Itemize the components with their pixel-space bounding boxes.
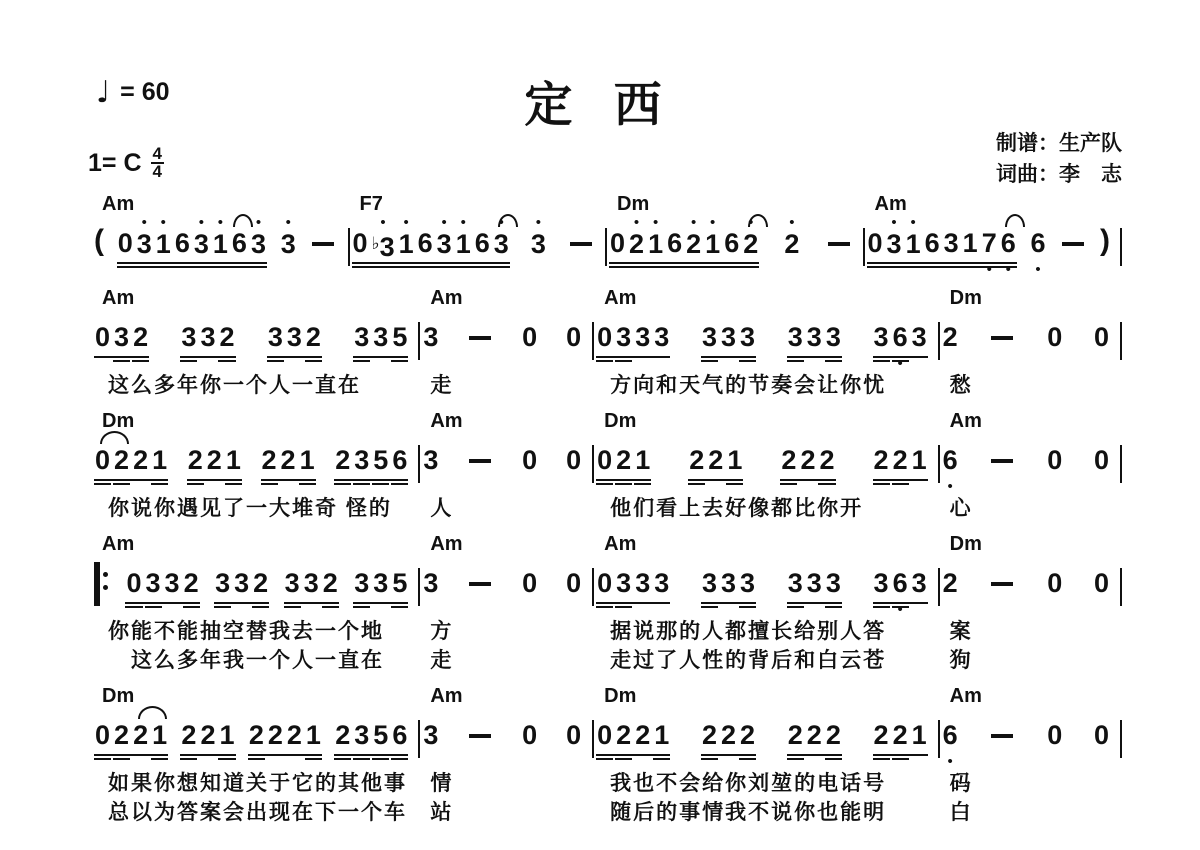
measure: Am300走 — [420, 286, 592, 400]
note-number: 2 — [702, 718, 717, 751]
beat-group: •3 — [530, 219, 547, 277]
note-number: 0 — [597, 566, 612, 599]
key-signature: 1= C 4 4 — [88, 146, 164, 180]
octave-dot-above: • — [710, 219, 715, 227]
beat-group: 332 — [284, 559, 339, 617]
note-number: 2 — [800, 443, 815, 476]
note: 6• — [1001, 219, 1016, 277]
note: 3 — [373, 559, 388, 617]
note-number: 2 — [635, 718, 650, 751]
note: 6 — [724, 219, 739, 277]
note: 2 — [253, 559, 268, 617]
beat-group: 222 — [787, 711, 842, 769]
note: 1 — [635, 436, 650, 494]
note-number: ♭3 — [372, 227, 395, 260]
beat-group — [466, 711, 494, 769]
note-number: 1 — [156, 227, 171, 260]
beat-group — [1059, 219, 1087, 277]
octave-dot-above: • — [789, 219, 794, 227]
note-number: 1 — [226, 443, 241, 476]
note-number: 2 — [133, 320, 148, 353]
note-number: 3 — [137, 227, 152, 260]
note: 2 — [826, 711, 841, 769]
beat-group: 6• — [942, 711, 959, 769]
note: •2 — [743, 219, 758, 277]
note-number: 2 — [262, 443, 277, 476]
note: 3 — [740, 559, 755, 617]
note-number: 3 — [215, 566, 230, 599]
sustain-dash — [826, 219, 852, 277]
lyric-line: 我也不会给你刘堃的电话号 — [594, 769, 938, 798]
note-number: 3 — [354, 718, 369, 751]
note: 2 — [874, 711, 889, 769]
octave-dot-above: • — [218, 219, 223, 227]
note: 1 — [654, 711, 669, 769]
note-number: 0 — [1047, 320, 1062, 353]
note: 1 — [912, 711, 927, 769]
note-number: 3 — [251, 227, 266, 260]
beat-group — [988, 559, 1016, 617]
note-number: 1 — [648, 227, 663, 260]
notes-row: 0•3•16317•6•6•) — [865, 219, 1121, 277]
note-number: 0 — [597, 443, 612, 476]
note-number: 2 — [721, 718, 736, 751]
beat-group: 333 — [701, 559, 756, 617]
note-number: 3 — [740, 320, 755, 353]
note-number: 2 — [874, 718, 889, 751]
notes-row: 0332332332335 — [92, 559, 418, 617]
note: 3 — [234, 559, 249, 617]
score-system: Am0332332332335你能不能抽空替我去一个地 这么多年我一个人一直在A… — [92, 532, 1122, 675]
notes-row: (0•3•16•3•16•3•3 — [92, 219, 348, 277]
beat-group — [825, 219, 853, 277]
note: 6 — [392, 436, 407, 494]
note-number: 3 — [654, 320, 669, 353]
time-signature: 4 4 — [151, 146, 164, 180]
chord-label: F7 — [350, 192, 606, 219]
beat-group: 332 — [214, 559, 269, 617]
measure: Am0•3•16317•6•6•) — [865, 192, 1121, 277]
note: 7• — [982, 219, 997, 277]
note-number: 2 — [200, 718, 215, 751]
note-number: 1 — [654, 718, 669, 751]
beat-group: •3 — [280, 219, 297, 277]
note-number: 5 — [392, 320, 407, 353]
note: 0 — [566, 559, 581, 617]
note-number: 1 — [963, 226, 978, 259]
note: 0 — [610, 219, 625, 277]
note: 0 — [566, 436, 581, 494]
octave-dot-above: • — [142, 219, 147, 227]
note: 0 — [126, 559, 141, 617]
note: 1 — [152, 711, 167, 769]
note: •3 — [194, 219, 209, 277]
note: 3 — [354, 436, 369, 494]
chord-label: Am — [420, 532, 592, 559]
note-number: 0 — [597, 718, 612, 751]
beat-group: 2356 — [334, 711, 408, 769]
note-number: 3 — [165, 566, 180, 599]
note-number: 3 — [874, 566, 889, 599]
beat-group: 221 — [180, 711, 235, 769]
octave-dot-below: • — [897, 599, 902, 617]
note-number: 2 — [184, 566, 199, 599]
note: 2 — [943, 313, 958, 371]
note-number: 1 — [456, 227, 471, 260]
note-number: 1 — [912, 443, 927, 476]
note-number: 3 — [373, 320, 388, 353]
beat-group: 6• — [1029, 219, 1046, 277]
note: 1 — [963, 219, 978, 277]
note-number: 2 — [743, 227, 758, 260]
beat-group: 2 — [942, 559, 959, 617]
beat-group — [567, 219, 595, 277]
sustain-dash — [467, 436, 493, 494]
score-header: ♩ = 60 定 西 制谱：生产队 词曲：李 志 1= C 4 4 — [0, 0, 1200, 192]
note-number: 0 — [868, 226, 883, 259]
chord-label: Am — [865, 192, 1121, 219]
note-number: 2 — [807, 718, 822, 751]
repeat-sign — [94, 559, 108, 617]
octave-dot-above: • — [161, 219, 166, 227]
beat-group — [309, 219, 337, 277]
note: 0 — [597, 436, 612, 494]
chord-label: Am — [940, 409, 1120, 436]
note-number: 2 — [114, 443, 129, 476]
sustain-dash — [310, 219, 336, 277]
note: 2 — [721, 711, 736, 769]
chord-label: Dm — [594, 684, 938, 711]
note-number: 0 — [1047, 443, 1062, 476]
measure: Am033333333336•3据说那的人都擅长给别人答走过了人性的背后和白云苍 — [594, 532, 938, 675]
close-paren: ) — [1100, 219, 1110, 277]
note-number: 1 — [912, 718, 927, 751]
composer-credit: 词曲：李 志 — [996, 159, 1122, 190]
note: 2 — [893, 436, 908, 494]
octave-dot-above: • — [891, 219, 896, 227]
lyric-line: 他们看上去好像都比你开 — [594, 494, 938, 523]
measure: Dm0•2•16•2•16•2•2 — [607, 192, 863, 277]
note: •3 — [531, 219, 546, 277]
notes-row: 022122122212356 — [92, 711, 418, 769]
beat-group: 0333 — [596, 313, 670, 371]
octave-dot-below: • — [1006, 259, 1011, 277]
notes-row: 02212212212356 — [92, 436, 418, 494]
note: 1 — [226, 436, 241, 494]
octave-dot-below: • — [987, 259, 992, 277]
notes-row: 200 — [940, 559, 1120, 617]
note-number: 0 — [597, 320, 612, 353]
note: •3 — [494, 219, 509, 277]
note: 0 — [1047, 711, 1062, 769]
note-number: 3 — [807, 566, 822, 599]
note-number: 0 — [610, 226, 625, 259]
barline — [1120, 445, 1122, 483]
chord-label: Am — [594, 532, 938, 559]
note: 2 — [616, 436, 631, 494]
beat-group: 222 — [701, 711, 756, 769]
note: 0 — [1094, 436, 1109, 494]
measure: Dm200案狗 — [940, 532, 1120, 675]
measure: Am(0•3•16•3•16•3•3 — [92, 192, 348, 277]
note-number: 2 — [819, 443, 834, 476]
note-number: 6 — [418, 226, 433, 259]
beat-group: 3 — [422, 559, 439, 617]
repeat-thick-bar — [94, 562, 100, 606]
note: •2 — [784, 219, 799, 277]
note: 6 — [175, 219, 190, 277]
note-number: 2 — [281, 443, 296, 476]
arranger-credit: 制谱：生产队 — [996, 128, 1122, 159]
notes-row: 300 — [420, 711, 592, 769]
note-number: 3 — [373, 566, 388, 599]
note-number: 6 — [925, 226, 940, 259]
note-number: 3 — [635, 566, 650, 599]
note-number: 1 — [152, 443, 167, 476]
note: 0 — [566, 711, 581, 769]
note: 2 — [181, 711, 196, 769]
note: 0 — [1047, 313, 1062, 371]
note-number: 3 — [887, 227, 902, 260]
note-number: 3 — [194, 227, 209, 260]
beat-group: 333 — [701, 313, 756, 371]
note-number: 2 — [943, 320, 958, 353]
beat-group: 0221 — [94, 711, 168, 769]
note-number: 2 — [249, 718, 264, 751]
note: 6• — [1030, 219, 1045, 277]
note: 3 — [181, 313, 196, 371]
note-number: 3 — [616, 320, 631, 353]
beat-group: 6• — [942, 436, 959, 494]
note: •2 — [629, 219, 644, 277]
note: 2 — [268, 711, 283, 769]
note-number: 1 — [213, 227, 228, 260]
lyric-line: 走 — [420, 371, 592, 400]
beat-group: 0 — [565, 313, 582, 371]
note: 3 — [354, 711, 369, 769]
beat-group: 0•3•16317•6• — [867, 219, 1017, 277]
note: 2 — [635, 711, 650, 769]
beat-group — [466, 313, 494, 371]
note-number: 6 — [667, 226, 682, 259]
note-number: 3 — [788, 320, 803, 353]
chord-label: Dm — [940, 286, 1120, 313]
note: •1 — [648, 219, 663, 277]
note: 2 — [133, 313, 148, 371]
note: 6• — [893, 559, 908, 617]
note: 0 — [522, 436, 537, 494]
measure: Am6•00码白 — [940, 684, 1120, 827]
note: 3 — [165, 559, 180, 617]
note: 3 — [287, 313, 302, 371]
lyric-line: 这么多年我一个人一直在 — [92, 646, 418, 675]
note-number: 3 — [531, 227, 546, 260]
note-number: 1 — [219, 718, 234, 751]
barline — [1120, 720, 1122, 758]
note: 0 — [522, 559, 537, 617]
note: •3 — [137, 219, 152, 277]
beat-group: 0333 — [596, 559, 670, 617]
note-number: 1 — [300, 443, 315, 476]
note: 3 — [373, 313, 388, 371]
lyric-line: 人 — [420, 494, 592, 523]
octave-dot-above: • — [403, 219, 408, 227]
notes-row: 0•♭3•16•3•16•3•3 — [350, 219, 606, 277]
chord-label: Am — [420, 286, 592, 313]
note-number: 1 — [306, 718, 321, 751]
note: 3 — [268, 313, 283, 371]
note-number: 2 — [181, 718, 196, 751]
note: •1 — [399, 219, 414, 277]
note-number: 5 — [373, 443, 388, 476]
note: •3 — [281, 219, 296, 277]
note: 3 — [200, 313, 215, 371]
note-number: 3 — [635, 320, 650, 353]
measure: Dm0221222222221我也不会给你刘堃的电话号随后的事情我不说你也能明 — [594, 684, 938, 827]
note: 3 — [912, 559, 927, 617]
beat-group: 0221 — [94, 436, 168, 494]
note-number: 3 — [494, 227, 509, 260]
lyric-line: 你说你遇见了一大堆奇 怪的 — [92, 494, 418, 523]
chord-label: Dm — [940, 532, 1120, 559]
notes-row: 6•00 — [940, 436, 1120, 494]
lyric-line: 据说那的人都擅长给别人答 — [594, 617, 938, 646]
note: 0 — [597, 711, 612, 769]
note: 1 — [306, 711, 321, 769]
beat-group: 335 — [353, 313, 408, 371]
note-number: 1 — [635, 443, 650, 476]
lyric-line: 这么多年你一个人一直在 — [92, 371, 418, 400]
beat-group: 0 — [1046, 559, 1063, 617]
note-number: 0 — [566, 443, 581, 476]
note: 3 — [285, 559, 300, 617]
octave-dot-above: • — [691, 219, 696, 227]
beat-group: 0 — [1093, 711, 1110, 769]
beat-group — [466, 559, 494, 617]
beat-group: 0 — [1046, 436, 1063, 494]
note-number: 3 — [234, 566, 249, 599]
note-number: 2 — [629, 227, 644, 260]
note-number: 3 — [807, 320, 822, 353]
lyric-line: 站 — [420, 798, 592, 827]
note-number: 2 — [306, 320, 321, 353]
beat-group: 36•3 — [873, 313, 928, 371]
note-number: 6 — [392, 443, 407, 476]
note: 2 — [788, 711, 803, 769]
lyric-line: 总以为答案会出现在下一个车 — [92, 798, 418, 827]
note: 2 — [287, 711, 302, 769]
lyric-line: 走 — [420, 646, 592, 675]
octave-dot-above: • — [536, 219, 541, 227]
octave-dot-below: • — [1035, 259, 1040, 277]
note: 3 — [423, 711, 438, 769]
note: 2 — [306, 313, 321, 371]
measure: F70•♭3•16•3•16•3•3 — [350, 192, 606, 277]
notes-row: 200 — [940, 313, 1120, 371]
note: 6 — [925, 219, 940, 277]
note: 3 — [874, 559, 889, 617]
notes-row: 033333333336•3 — [594, 559, 938, 617]
note-number: 3 — [702, 320, 717, 353]
note-number: 2 — [253, 566, 268, 599]
beat-group: 2 — [942, 313, 959, 371]
note: 0 — [1047, 559, 1062, 617]
note-number: 3 — [654, 566, 669, 599]
sustain-dash — [989, 436, 1015, 494]
note: 0 — [1094, 313, 1109, 371]
note-number: 6 — [1030, 226, 1045, 259]
note-number: 3 — [788, 566, 803, 599]
note-number: 3 — [423, 443, 438, 476]
beat-group: 0 — [1046, 711, 1063, 769]
beat-group: 0•3•16•3•16•3 — [117, 219, 267, 277]
octave-dot-below: • — [897, 353, 902, 371]
note: 1 — [912, 436, 927, 494]
note-number: 0 — [95, 443, 110, 476]
beat-group — [988, 436, 1016, 494]
note-number: 1 — [705, 227, 720, 260]
open-paren: ( — [94, 219, 104, 277]
note-number: 2 — [708, 443, 723, 476]
beat-group: 2356 — [334, 436, 408, 494]
beat-group: 0 — [521, 711, 538, 769]
note: 3 — [702, 313, 717, 371]
note: 2 — [819, 436, 834, 494]
note: 3 — [354, 313, 369, 371]
note-number: 0 — [522, 718, 537, 751]
note-number: 3 — [354, 443, 369, 476]
note-number: 3 — [423, 320, 438, 353]
note: 3 — [654, 559, 669, 617]
note-number: 2 — [943, 566, 958, 599]
note-number: 2 — [740, 718, 755, 751]
note: 3 — [740, 313, 755, 371]
note-number: 3 — [304, 566, 319, 599]
credits: 制谱：生产队 词曲：李 志 — [996, 128, 1122, 190]
note: 2 — [893, 711, 908, 769]
note-number: 2 — [335, 718, 350, 751]
note: 2 — [133, 436, 148, 494]
note-number: 3 — [874, 320, 889, 353]
note-number: 6 — [893, 566, 908, 599]
octave-dot-above: • — [461, 219, 466, 227]
octave-dot-above: • — [199, 219, 204, 227]
note-number: 3 — [200, 320, 215, 353]
note: 3 — [635, 559, 650, 617]
note: 3 — [788, 313, 803, 371]
measure: Am032332332335这么多年你一个人一直在 — [92, 286, 418, 400]
note: •3 — [437, 219, 452, 277]
sustain-dash — [1060, 219, 1086, 277]
note-number: 2 — [686, 227, 701, 260]
beat-group: 332 — [180, 313, 235, 371]
sustain-dash — [989, 313, 1015, 371]
beat-group — [988, 711, 1016, 769]
note: 2 — [616, 711, 631, 769]
note-number: 2 — [219, 320, 234, 353]
note: 3 — [146, 559, 161, 617]
notes-row: 0221222222221 — [594, 711, 938, 769]
note: 0 — [95, 313, 110, 371]
beat-group: 335 — [353, 559, 408, 617]
note-number: 0 — [566, 566, 581, 599]
lyric-line: 心 — [940, 494, 1120, 523]
note-number: 3 — [181, 320, 196, 353]
beat-group: 032 — [94, 313, 149, 371]
note-number: 3 — [912, 566, 927, 599]
note: 5 — [392, 313, 407, 371]
note: 0 — [597, 559, 612, 617]
